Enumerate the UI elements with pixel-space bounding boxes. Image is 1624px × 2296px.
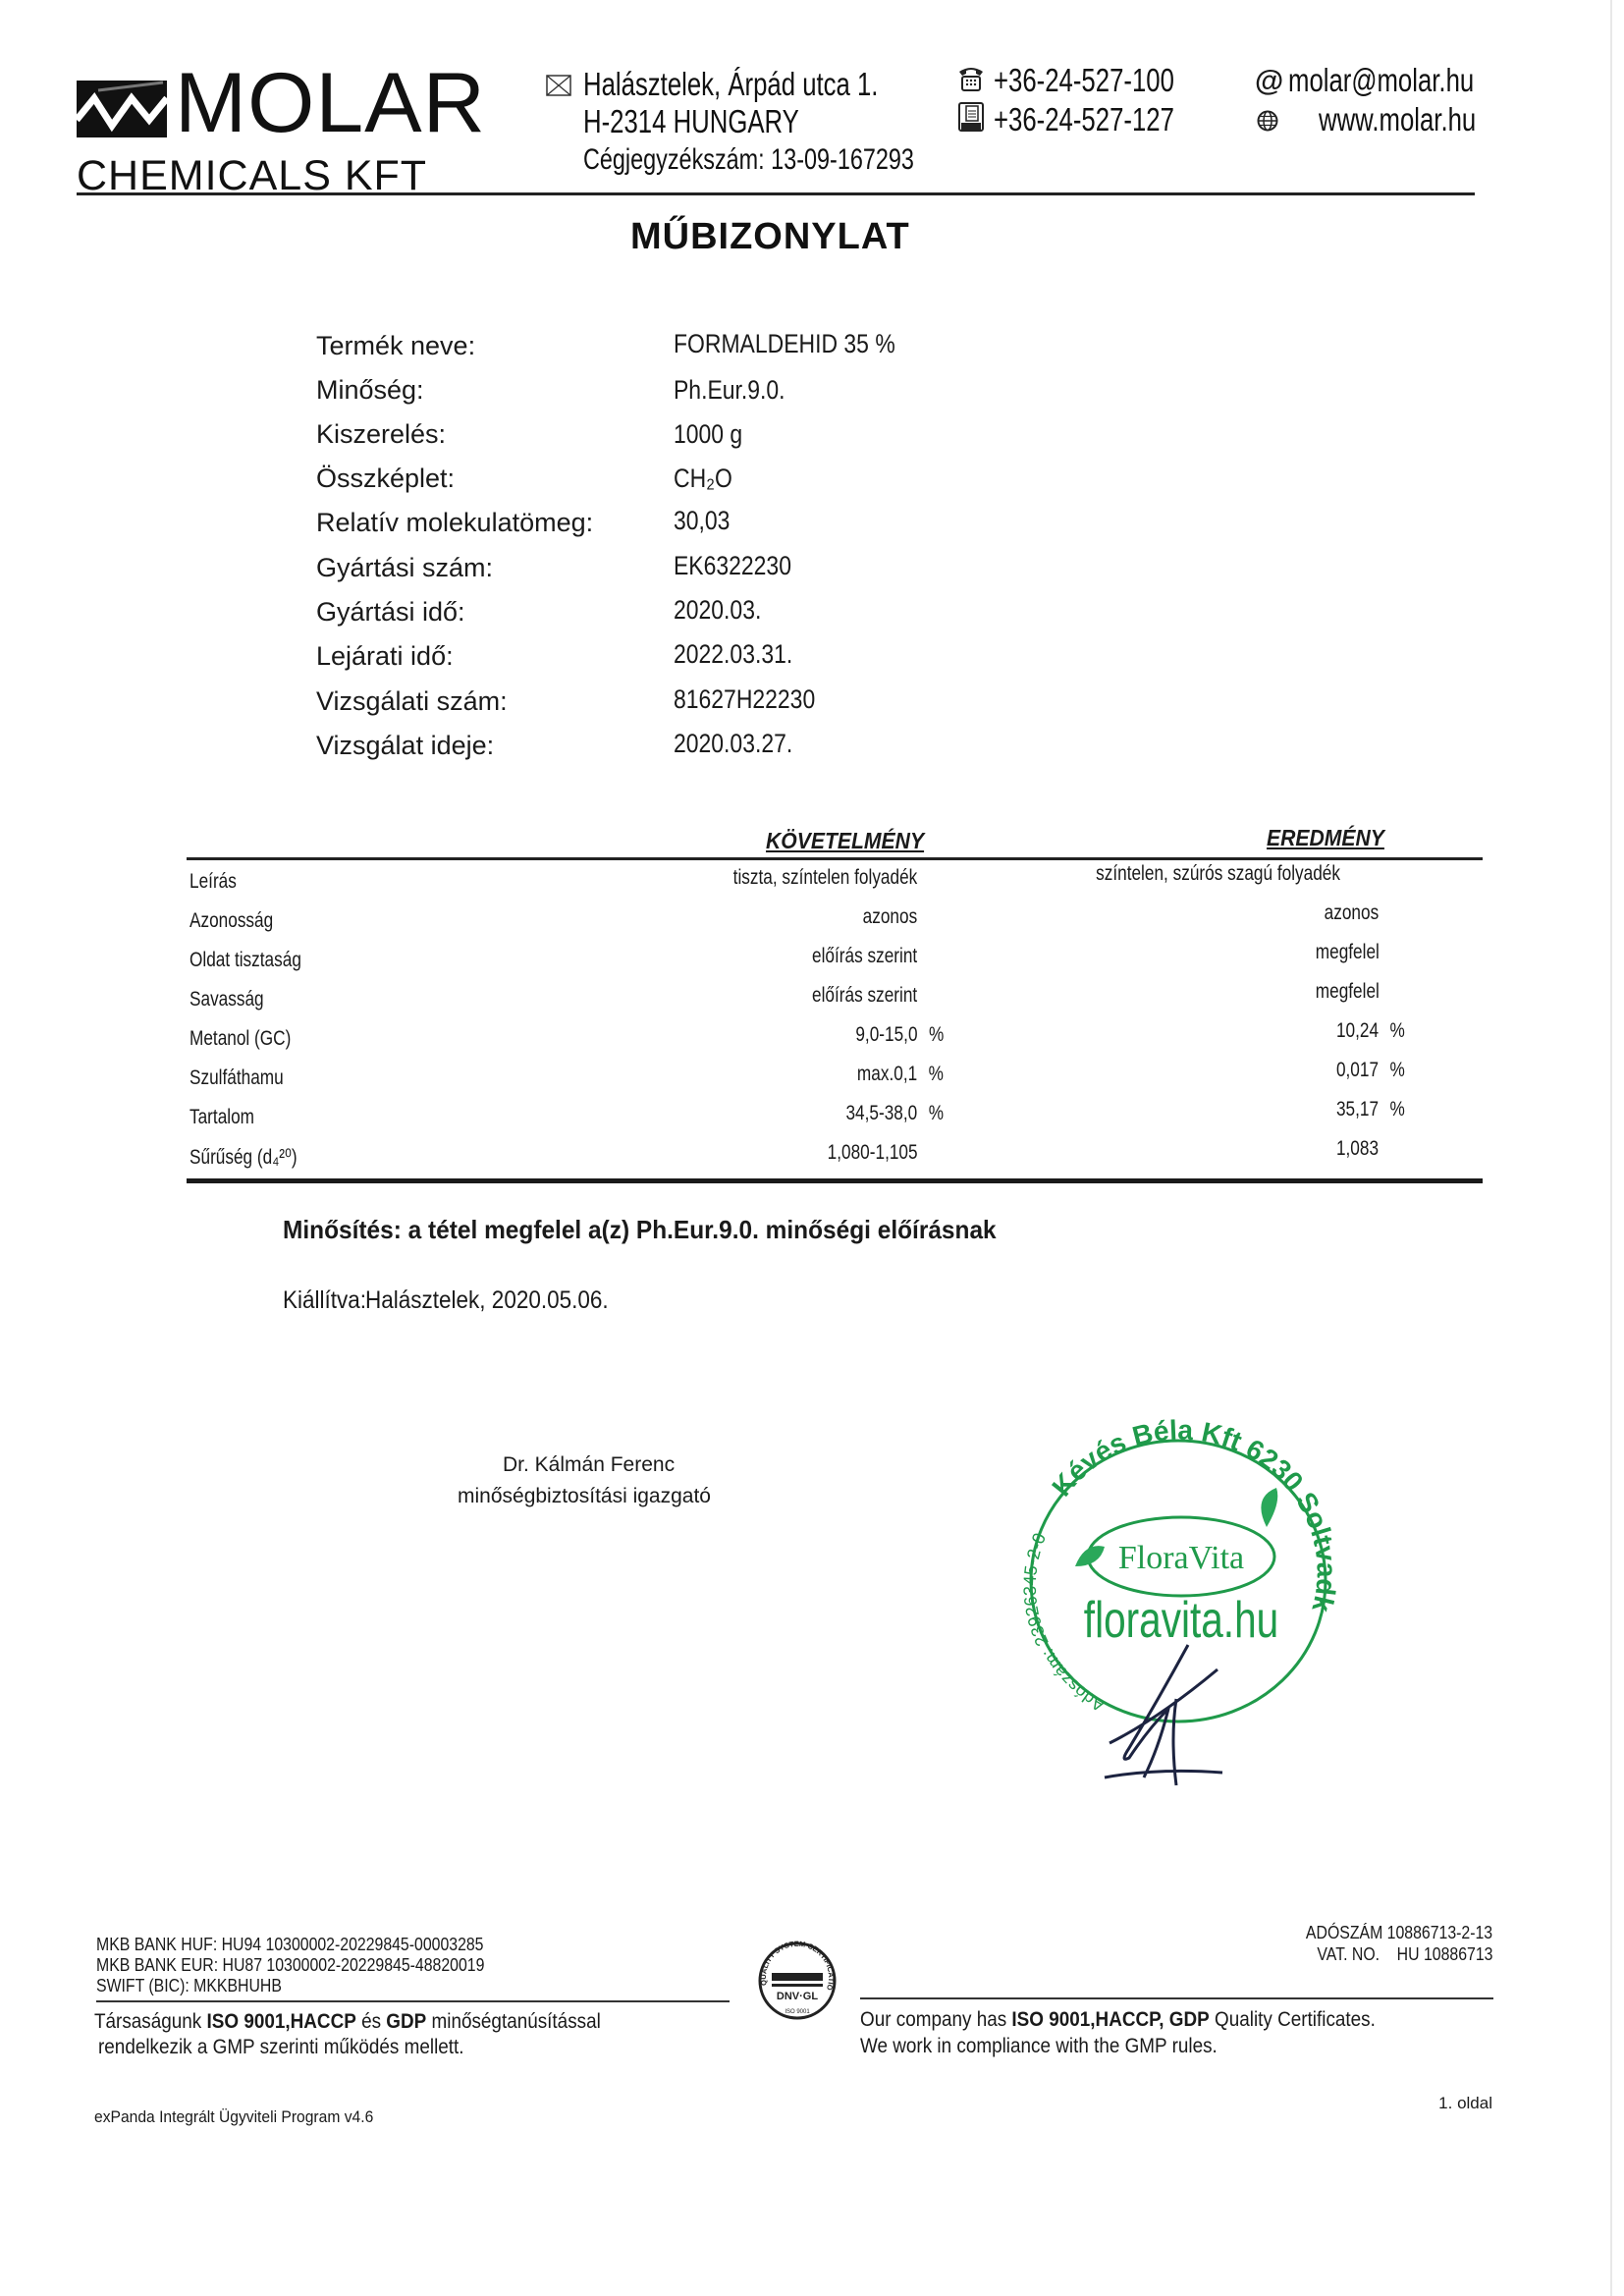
cert-standards: ISO 9001,HACCP [207,2010,356,2033]
table-row-result: 0,017% [1336,1059,1408,1082]
result-value: színtelen, szúrós szagú folyadék [1096,862,1340,885]
table-bottom-rule [187,1178,1483,1183]
bank-account-huf: MKB BANK HUF: HU94 10300002-20229845-000… [96,1935,484,1955]
certification-hu-line-2: rendelkezik a GMP szerinti működés melle… [98,2035,464,2059]
requirement-value: 34,5-38,0 [846,1102,918,1124]
header-divider [77,192,1475,195]
table-row-parameter: Metanol (GC) [189,1027,291,1051]
footer-divider-right [860,1997,1493,1999]
info-label: Kiszerelés: [316,419,446,450]
company-logo-name: MOLAR [175,61,486,145]
requirement-value: tiszta, színtelen folyadék [733,866,918,889]
column-header-requirement: KÖVETELMÉNY [766,828,924,854]
cert-standards: ISO 9001,HACCP, GDP [1011,2008,1209,2031]
svg-text:DNV·GL: DNV·GL [777,1991,818,2002]
info-value: 2022.03.31. [674,639,792,670]
address-line-1: Halásztelek, Árpád utca 1. [583,67,878,102]
svg-text:ISO 9001: ISO 9001 [785,2009,810,2015]
at-icon: @ [1255,65,1283,98]
info-value: EK6322230 [674,551,791,581]
info-label: Relatív molekulatömeg: [316,508,593,538]
info-value: Ph.Eur.9.0. [674,375,785,406]
certification-en-line-1: Our company has ISO 9001,HACCP, GDP Qual… [860,2007,1376,2032]
info-label: Minőség: [316,375,424,406]
info-label: Gyártási szám: [316,553,493,583]
info-value: 2020.03.27. [674,729,792,759]
requirement-unit: % [929,1063,947,1086]
fax-icon [958,102,984,132]
result-value: 10,24 [1336,1019,1379,1042]
table-row-parameter: Sűrűség (d₄²⁰) [189,1145,298,1170]
table-row-parameter: Leírás [189,870,237,894]
result-value: 0,017 [1336,1059,1379,1081]
signature [1100,1640,1227,1787]
table-row-parameter: Savasság [189,988,264,1011]
table-row-result: 1,083 [1336,1137,1408,1161]
dnv-gl-certification-logo-icon: QUALITY SYSTEM CERTIFICATION DNV·GL ISO … [756,1940,839,2022]
requirement-value: 9,0-15,0 [855,1023,917,1046]
requirement-value: előírás szerint [812,945,917,967]
stamp-brand: FloraVita [1118,1540,1244,1576]
issued-label: Kiállítva: [283,1286,366,1315]
column-header-result: EREDMÉNY [1267,825,1384,851]
address-line-2: H-2314 HUNGARY [583,104,799,139]
tax-number: ADÓSZÁM 10886713-2-13 [1306,1923,1492,1943]
table-top-rule [187,857,1483,860]
info-value: 81627H22230 [674,684,815,715]
software-footer: exPanda Integrált Ügyviteli Program v4.6 [94,2107,373,2127]
table-row-result: 35,17% [1336,1098,1408,1121]
cert-text: Quality Certificates. [1210,2008,1376,2031]
result-unit: % [1390,1019,1408,1043]
table-row-result: 10,24% [1336,1019,1408,1043]
table-row-result: színtelen, szúrós szagú folyadék [1096,862,1369,886]
telephone-icon [956,63,986,92]
info-label: Vizsgálat ideje: [316,731,494,761]
result-unit: % [1390,1098,1408,1121]
table-row-parameter: Szulfáthamu [189,1066,284,1090]
cert-text: Our company has [860,2008,1011,2031]
result-value: megfelel [1315,980,1379,1003]
result-value: 35,17 [1336,1098,1379,1121]
info-label: Gyártási idő: [316,597,465,628]
result-unit: % [1390,1059,1408,1082]
requirement-unit: % [929,1102,947,1125]
info-value: FORMALDEHID 35 % [674,329,895,359]
table-row-requirement: tiszta, színtelen folyadék [733,866,947,890]
requirement-unit: % [929,1023,947,1047]
info-value: 1000 g [674,419,742,450]
requirement-value: azonos [863,905,918,928]
result-value: azonos [1325,902,1380,924]
envelope-icon [546,75,571,96]
scan-edge [1610,0,1612,2296]
info-value: 30,03 [674,506,730,536]
issued-place-date: Halásztelek, 2020.05.06. [365,1286,609,1315]
company-logo-subtitle: CHEMICALS KFT [77,155,427,197]
table-row-result: azonos [1325,902,1408,925]
svg-text:QUALITY SYSTEM CERTIFICATION: QUALITY SYSTEM CERTIFICATION [756,1940,836,1992]
table-row-result: megfelel [1315,980,1408,1004]
footer-divider-left [96,2000,730,2002]
signatory-name: Dr. Kálmán Ferenc [503,1453,675,1477]
cert-text: minőségtanúsítással [426,2010,601,2033]
info-label: Termék neve: [316,331,475,361]
page-number: 1. oldal [1438,2094,1492,2113]
document-title: MŰBIZONYLAT [630,216,910,258]
phone-number: +36-24-527-100 [994,63,1174,98]
molar-logo-icon [77,81,167,137]
table-row-result: megfelel [1315,941,1408,964]
table-row-parameter: Oldat tisztaság [189,949,301,972]
table-row-parameter: Azonosság [189,909,273,933]
info-label: Összképlet: [316,464,455,494]
info-label: Vizsgálati szám: [316,686,508,717]
result-value: 1,083 [1336,1137,1379,1160]
certification-en-line-2: We work in compliance with the GMP rules… [860,2034,1218,2058]
table-row-parameter: Tartalom [189,1106,254,1129]
vat-number: VAT. NO. HU 10886713 [1317,1944,1492,1965]
cert-standards: GDP [386,2010,426,2033]
table-row-requirement: 9,0-15,0% [855,1023,947,1047]
requirement-value: max.0,1 [857,1063,917,1085]
cert-text: Társaságunk [94,2010,207,2033]
website-link[interactable]: www.molar.hu [1319,102,1476,137]
info-label: Lejárati idő: [316,641,454,672]
fax-number: +36-24-527-127 [994,102,1174,137]
cert-text: és [356,2010,386,2033]
qualification-statement: Minősítés: a tétel megfelel a(z) Ph.Eur.… [283,1215,997,1245]
company-registry-number: Cégjegyzékszám: 13-09-167293 [583,142,914,178]
table-row-requirement: 1,080-1,105 [828,1141,947,1165]
swift-code: SWIFT (BIC): MKKBHUHB [96,1976,282,1996]
email-link[interactable]: molar@molar.hu [1288,63,1474,98]
table-row-requirement: max.0,1% [857,1063,947,1086]
table-row-requirement: előírás szerint [812,945,947,968]
signatory-title: minőségbiztosítási igazgató [458,1485,711,1508]
requirement-value: előírás szerint [812,984,917,1007]
result-value: megfelel [1315,941,1379,963]
info-value: CH₂O [674,464,732,494]
bank-account-eur: MKB BANK EUR: HU87 10300002-20229845-488… [96,1955,484,1976]
certification-hu-line-1: Társaságunk ISO 9001,HACCP és GDP minősé… [94,2009,601,2034]
table-row-requirement: 34,5-38,0% [846,1102,947,1125]
table-row-requirement: azonos [863,905,947,929]
globe-icon [1257,110,1278,132]
table-row-requirement: előírás szerint [812,984,947,1008]
requirement-value: 1,080-1,105 [828,1141,918,1164]
info-value: 2020.03. [674,595,761,626]
